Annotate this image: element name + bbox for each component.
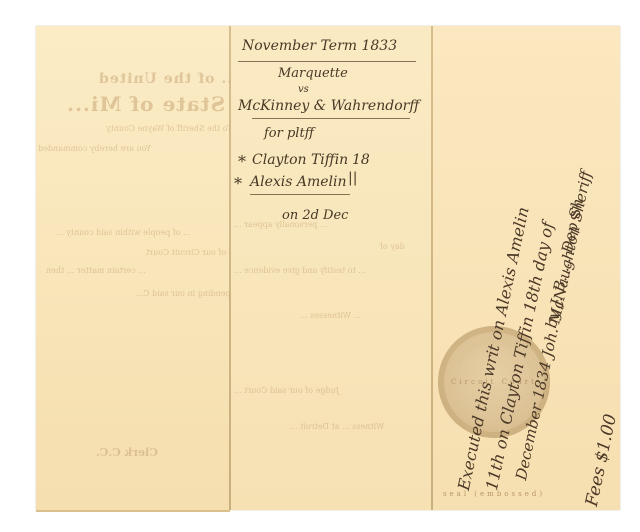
term-line: November Term 1833 <box>242 38 397 54</box>
print-header-2: State of Mi... <box>66 92 225 116</box>
print-line-4: You are hereby commanded <box>38 144 151 153</box>
print-mid-6: Witness ... at Detroit ... <box>290 422 384 431</box>
versus-label: vs <box>298 84 309 95</box>
return-date: on 2d Dec <box>282 208 348 223</box>
print-line-5: ... of people within said county ... <box>56 228 191 237</box>
witness-underline <box>250 194 350 195</box>
witness-name-1: Clayton Tiffin <box>252 152 348 168</box>
term-underline <box>238 61 416 62</box>
fees-line: Fees $1.00 <box>582 412 621 508</box>
witness-note-1: 18 <box>352 152 370 168</box>
witness-note-2: || <box>348 170 357 186</box>
print-clerk: Clerk C.C. <box>96 446 158 459</box>
print-line-3: To the Sheriff of Wayne County <box>106 124 232 133</box>
print-header-1: ... of the United <box>98 71 238 87</box>
witness-name-2: Alexis Amelin <box>250 174 347 190</box>
print-mid-4: ... Witnesses ... <box>300 311 361 320</box>
print-line-7: ... certain matter ... then <box>46 266 146 275</box>
print-mid-5: Judge of our said Court ... <box>234 386 339 395</box>
document-paper: ... of the United State of Mi... To the … <box>36 26 620 510</box>
middle-docket-panel: ... personally appear ... day of ... to … <box>230 26 432 510</box>
print-mid-2: day of <box>380 242 405 251</box>
defendants-name: McKinney & Wahrendorff <box>238 98 419 114</box>
witness-mark-2: * <box>234 174 242 193</box>
defendants-underline <box>252 118 410 119</box>
fold-line-left <box>229 26 231 510</box>
for-plaintiff-label: for pltff <box>264 126 314 141</box>
left-panel: ... of the United State of Mi... To the … <box>36 26 230 512</box>
witness-mark-1: * <box>238 152 246 171</box>
fold-line-right <box>431 26 433 510</box>
plaintiff-name: Marquette <box>278 66 348 81</box>
right-endorsement-panel: Circuit Court seal (embossed) Executed t… <box>432 26 620 510</box>
print-mid-3: ... to testify and give evidence ... <box>234 266 366 275</box>
